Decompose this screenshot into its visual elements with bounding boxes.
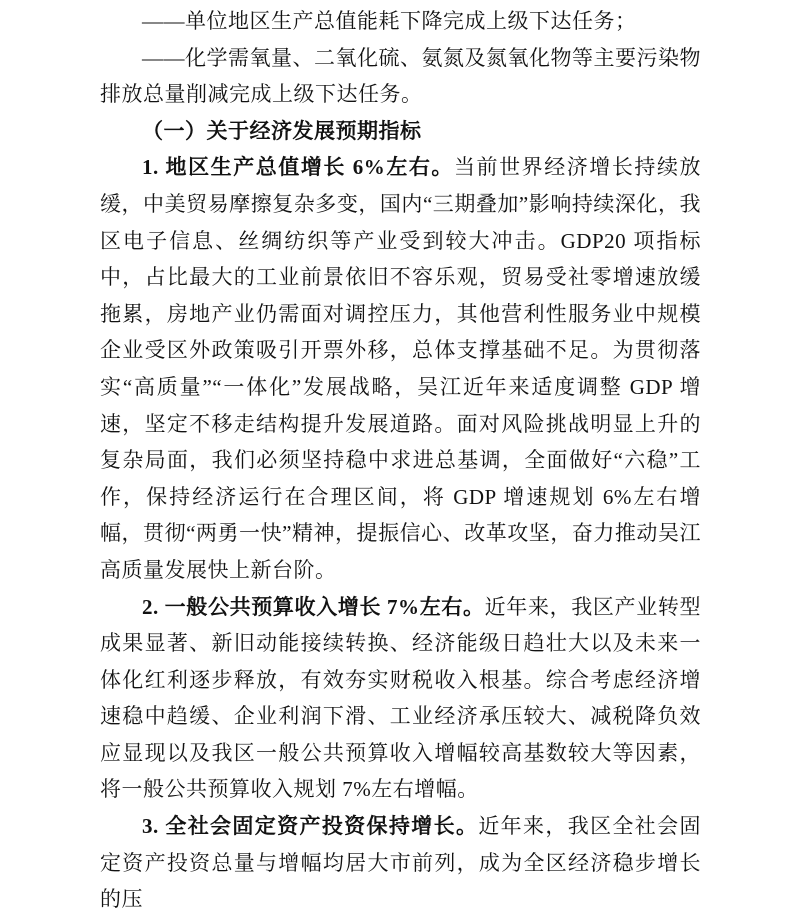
item-lead: 2. 一般公共预算收入增长 7%左右。 [142, 595, 485, 619]
item-lead: 1. 地区生产总值增长 6%左右。 [142, 155, 454, 179]
dash-item-pollutants: ——化学需氧量、二氧化硫、氨氮及氮氧化物等主要污染物排放总量削减完成上级下达任务… [100, 40, 701, 113]
item-body: 当前世界经济增长持续放缓，中美贸易摩擦复杂多变，国内“三期叠加”影响持续深化，我… [100, 155, 701, 582]
dash-item-energy: ——单位地区生产总值能耗下降完成上级下达任务； [100, 3, 701, 40]
item-lead: 3. 全社会固定资产投资保持增长。 [142, 814, 478, 838]
section-heading-text: （一）关于经济发展预期指标 [142, 119, 422, 143]
numbered-item-fixed-asset-investment: 3. 全社会固定资产投资保持增长。近年来，我区全社会固定资产投资总量与增幅均居大… [100, 808, 701, 911]
document-page: ——单位地区生产总值能耗下降完成上级下达任务； ——化学需氧量、二氧化硫、氨氮及… [0, 0, 793, 911]
numbered-item-gdp: 1. 地区生产总值增长 6%左右。当前世界经济增长持续放缓，中美贸易摩擦复杂多变… [100, 149, 701, 588]
dash-item-text: ——化学需氧量、二氧化硫、氨氮及氮氧化物等主要污染物排放总量削减完成上级下达任务… [100, 46, 701, 107]
section-heading: （一）关于经济发展预期指标 [100, 113, 701, 150]
dash-item-text: ——单位地区生产总值能耗下降完成上级下达任务； [142, 9, 637, 33]
item-body: 近年来，我区产业转型成果显著、新旧动能接续转换、经济能级日趋壮大以及未来一体化红… [100, 595, 701, 802]
numbered-item-budget-revenue: 2. 一般公共预算收入增长 7%左右。近年来，我区产业转型成果显著、新旧动能接续… [100, 589, 701, 809]
